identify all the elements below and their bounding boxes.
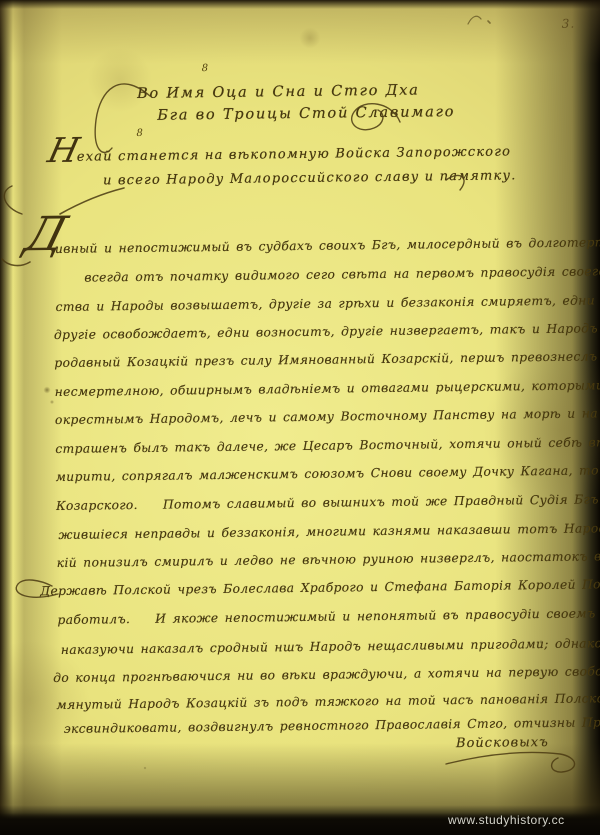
superscript-mark: 8 (202, 63, 209, 74)
manuscript-line: Державѣ Полской чрезъ Болеслава Храброго… (40, 576, 600, 598)
manuscript-line: кiй понизилъ смирилъ и ледво не вѣчною р… (57, 548, 600, 570)
manuscript-line: всегда отъ початку видимого сего свѣта н… (84, 263, 600, 285)
manuscript-line: страшенъ былъ такъ далече, же Цесаръ Вос… (55, 435, 600, 456)
heading-line-2: Бга во Троицы Стой Славимаго (157, 104, 455, 124)
page-number: 3. (562, 17, 576, 31)
manuscript-line: ивный и непостижимый въ судбахъ своихъ Б… (55, 233, 600, 256)
manuscript-line: наказуючи наказалъ сродный ншъ Народъ не… (61, 636, 600, 657)
manuscript-line: другiе освобождаетъ, едни возноситъ, дру… (54, 320, 600, 342)
manuscript-line: работилъ. И якоже непостижимый и непонят… (57, 606, 600, 627)
catchword: Войсковыхъ (456, 735, 549, 751)
manuscript-line: несмертелною, обширнымъ владѣнiемъ и отв… (55, 377, 600, 399)
manuscript-line: до конца прогнѣваючися ни во вѣки вражду… (53, 664, 600, 685)
manuscript-line: жившiеся неправды и беззаконiя, многими … (58, 521, 600, 542)
manuscript-line: эксвиндиковати, воздвигнулъ ревностного … (64, 714, 600, 735)
manuscript-line: мянутый Народъ Козацкiй зъ подъ тяжкого … (56, 691, 600, 712)
heading-line-1: Во Имя Оца и Сна и Стго Дха (137, 83, 420, 102)
manuscript-line: родавный Козацкiй презъ силу Имянованный… (54, 348, 600, 370)
handwriting-layer: 3. Во Имя Оца и Сна и Стго Дха Бга во Тр… (0, 0, 600, 835)
manuscript-photo: 3. Во Имя Оца и Сна и Стго Дха Бга во Тр… (0, 0, 600, 835)
manuscript-line: Козарского. Потомъ славимый во вышнихъ т… (56, 492, 600, 513)
manuscript-line: ства и Народы возвышаетъ, другiе за грѣх… (56, 292, 600, 314)
superscript-mark: 8 (136, 128, 143, 139)
watermark-text: www.studyhistory.cc (448, 813, 565, 827)
manuscript-line: мирити, сопрягалъ малженскимъ союзомъ Сн… (56, 462, 600, 484)
manuscript-line: окрестнымъ Народомъ, лечъ и самому Восто… (55, 406, 600, 427)
invocation-line-1: ехай станется на вѣкопомную Войска Запор… (77, 144, 511, 164)
invocation-line-2: и всего Народу Малороссийского славу и п… (103, 168, 517, 188)
